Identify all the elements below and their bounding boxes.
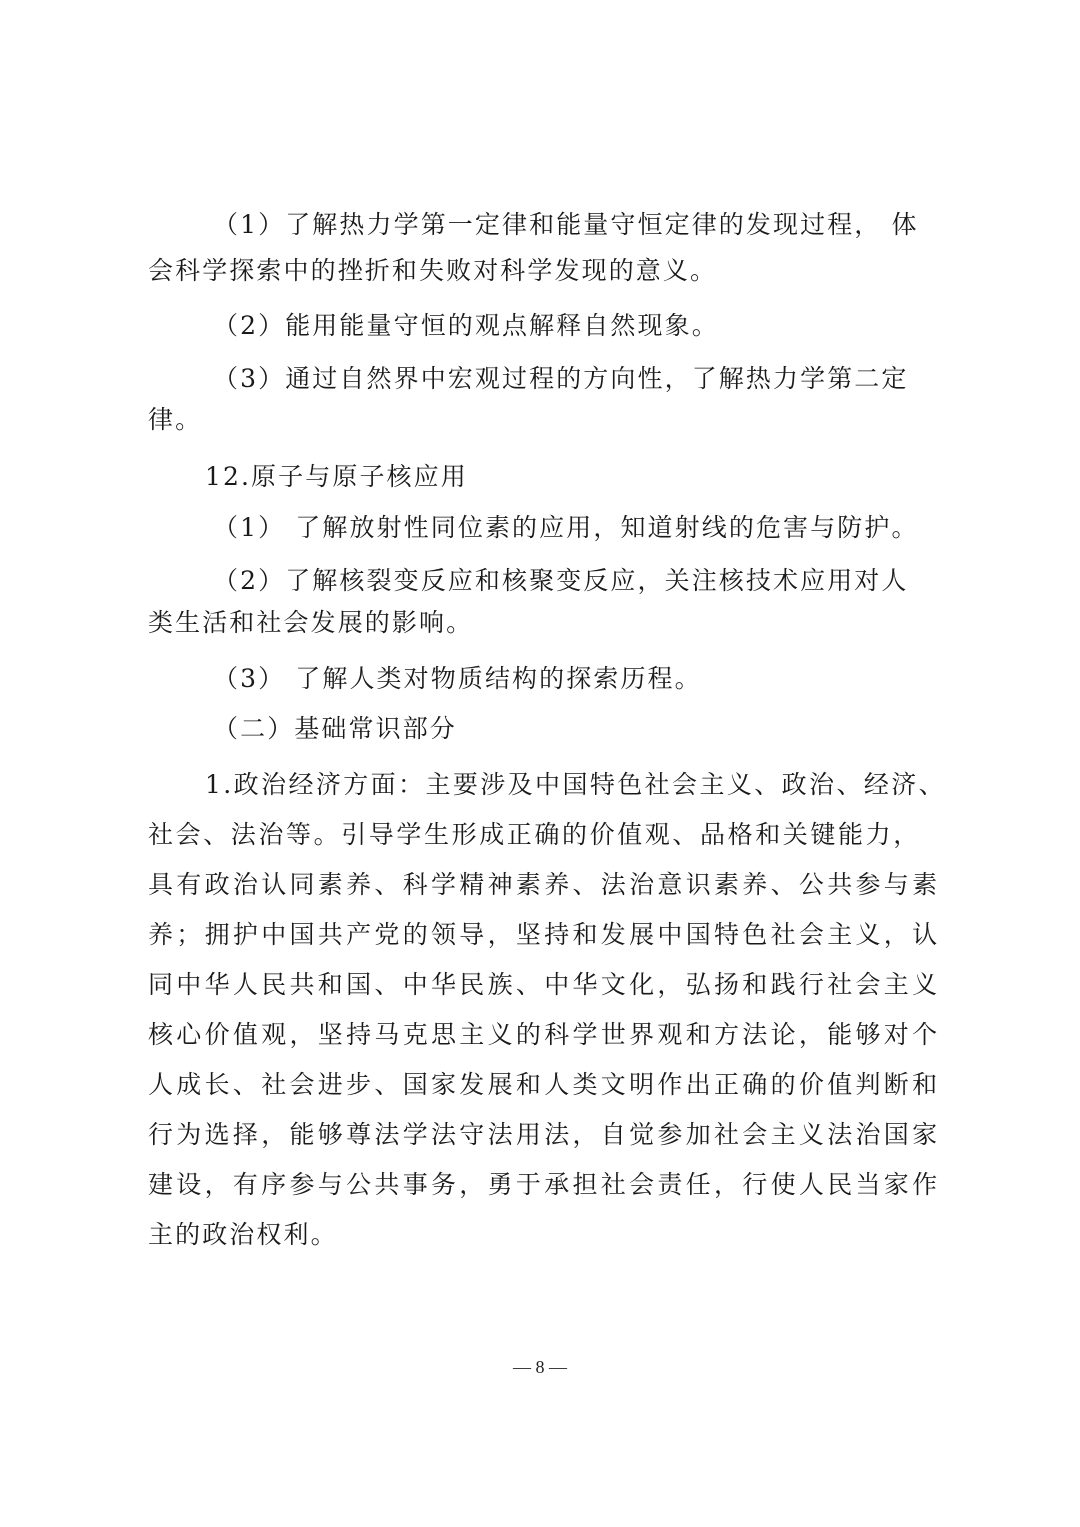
text-line-atomic-3: （3） 了解人类对物质结构的探索历程。 — [213, 664, 702, 694]
text-line-atomic-2-a: （2）了解核裂变反应和核聚变反应，关注核技术应用对人 — [213, 566, 909, 596]
text-line-politics-1: 1.政治经济方面：主要涉及中国特色社会主义、政治、经济、 — [205, 770, 946, 800]
text-line-thermo-1-a: （1）了解热力学第一定律和能量守恒定律的发现过程， 体 — [213, 210, 919, 240]
text-line-politics-10: 主的政治权利。 — [148, 1220, 338, 1250]
text-line-politics-7: 人成长、社会进步、国家发展和人类文明作出正确的价值判断和 — [148, 1070, 940, 1100]
text-line-politics-9: 建设，有序参与公共事务，勇于承担社会责任，行使人民当家作 — [148, 1170, 940, 1200]
section-heading-atomic: 12.原子与原子核应用 — [205, 462, 468, 492]
text-line-thermo-1-b: 会科学探索中的挫折和失败对科学发现的意义。 — [148, 256, 717, 286]
page-number: — 8 — — [0, 1357, 1080, 1378]
text-line-politics-5: 同中华人民共和国、中华民族、中华文化，弘扬和践行社会主义 — [148, 970, 940, 1000]
text-line-politics-3: 具有政治认同素养、科学精神素养、法治意识素养、公共参与素 — [148, 870, 940, 900]
text-line-atomic-2-b: 类生活和社会发展的影响。 — [148, 608, 473, 638]
text-line-thermo-3-b: 律。 — [148, 405, 202, 435]
text-line-politics-6: 核心价值观，坚持马克思主义的科学世界观和方法论，能够对个 — [148, 1020, 940, 1050]
text-line-politics-2: 社会、法治等。引导学生形成正确的价值观、品格和关键能力， — [148, 820, 921, 850]
document-page: （1）了解热力学第一定律和能量守恒定律的发现过程， 体 会科学探索中的挫折和失败… — [0, 0, 1080, 1527]
text-line-thermo-2: （2）能用能量守恒的观点解释自然现象。 — [213, 311, 719, 341]
text-line-politics-8: 行为选择，能够尊法学法守法用法，自觉参加社会主义法治国家 — [148, 1120, 940, 1150]
section-heading-basic-knowledge: （二）基础常识部分 — [213, 714, 457, 744]
text-line-thermo-3-a: （3）通过自然界中宏观过程的方向性，了解热力学第二定 — [213, 364, 909, 394]
text-line-politics-4: 养；拥护中国共产党的领导，坚持和发展中国特色社会主义，认 — [148, 920, 940, 950]
text-line-atomic-1: （1） 了解放射性同位素的应用，知道射线的危害与防护。 — [213, 513, 919, 543]
